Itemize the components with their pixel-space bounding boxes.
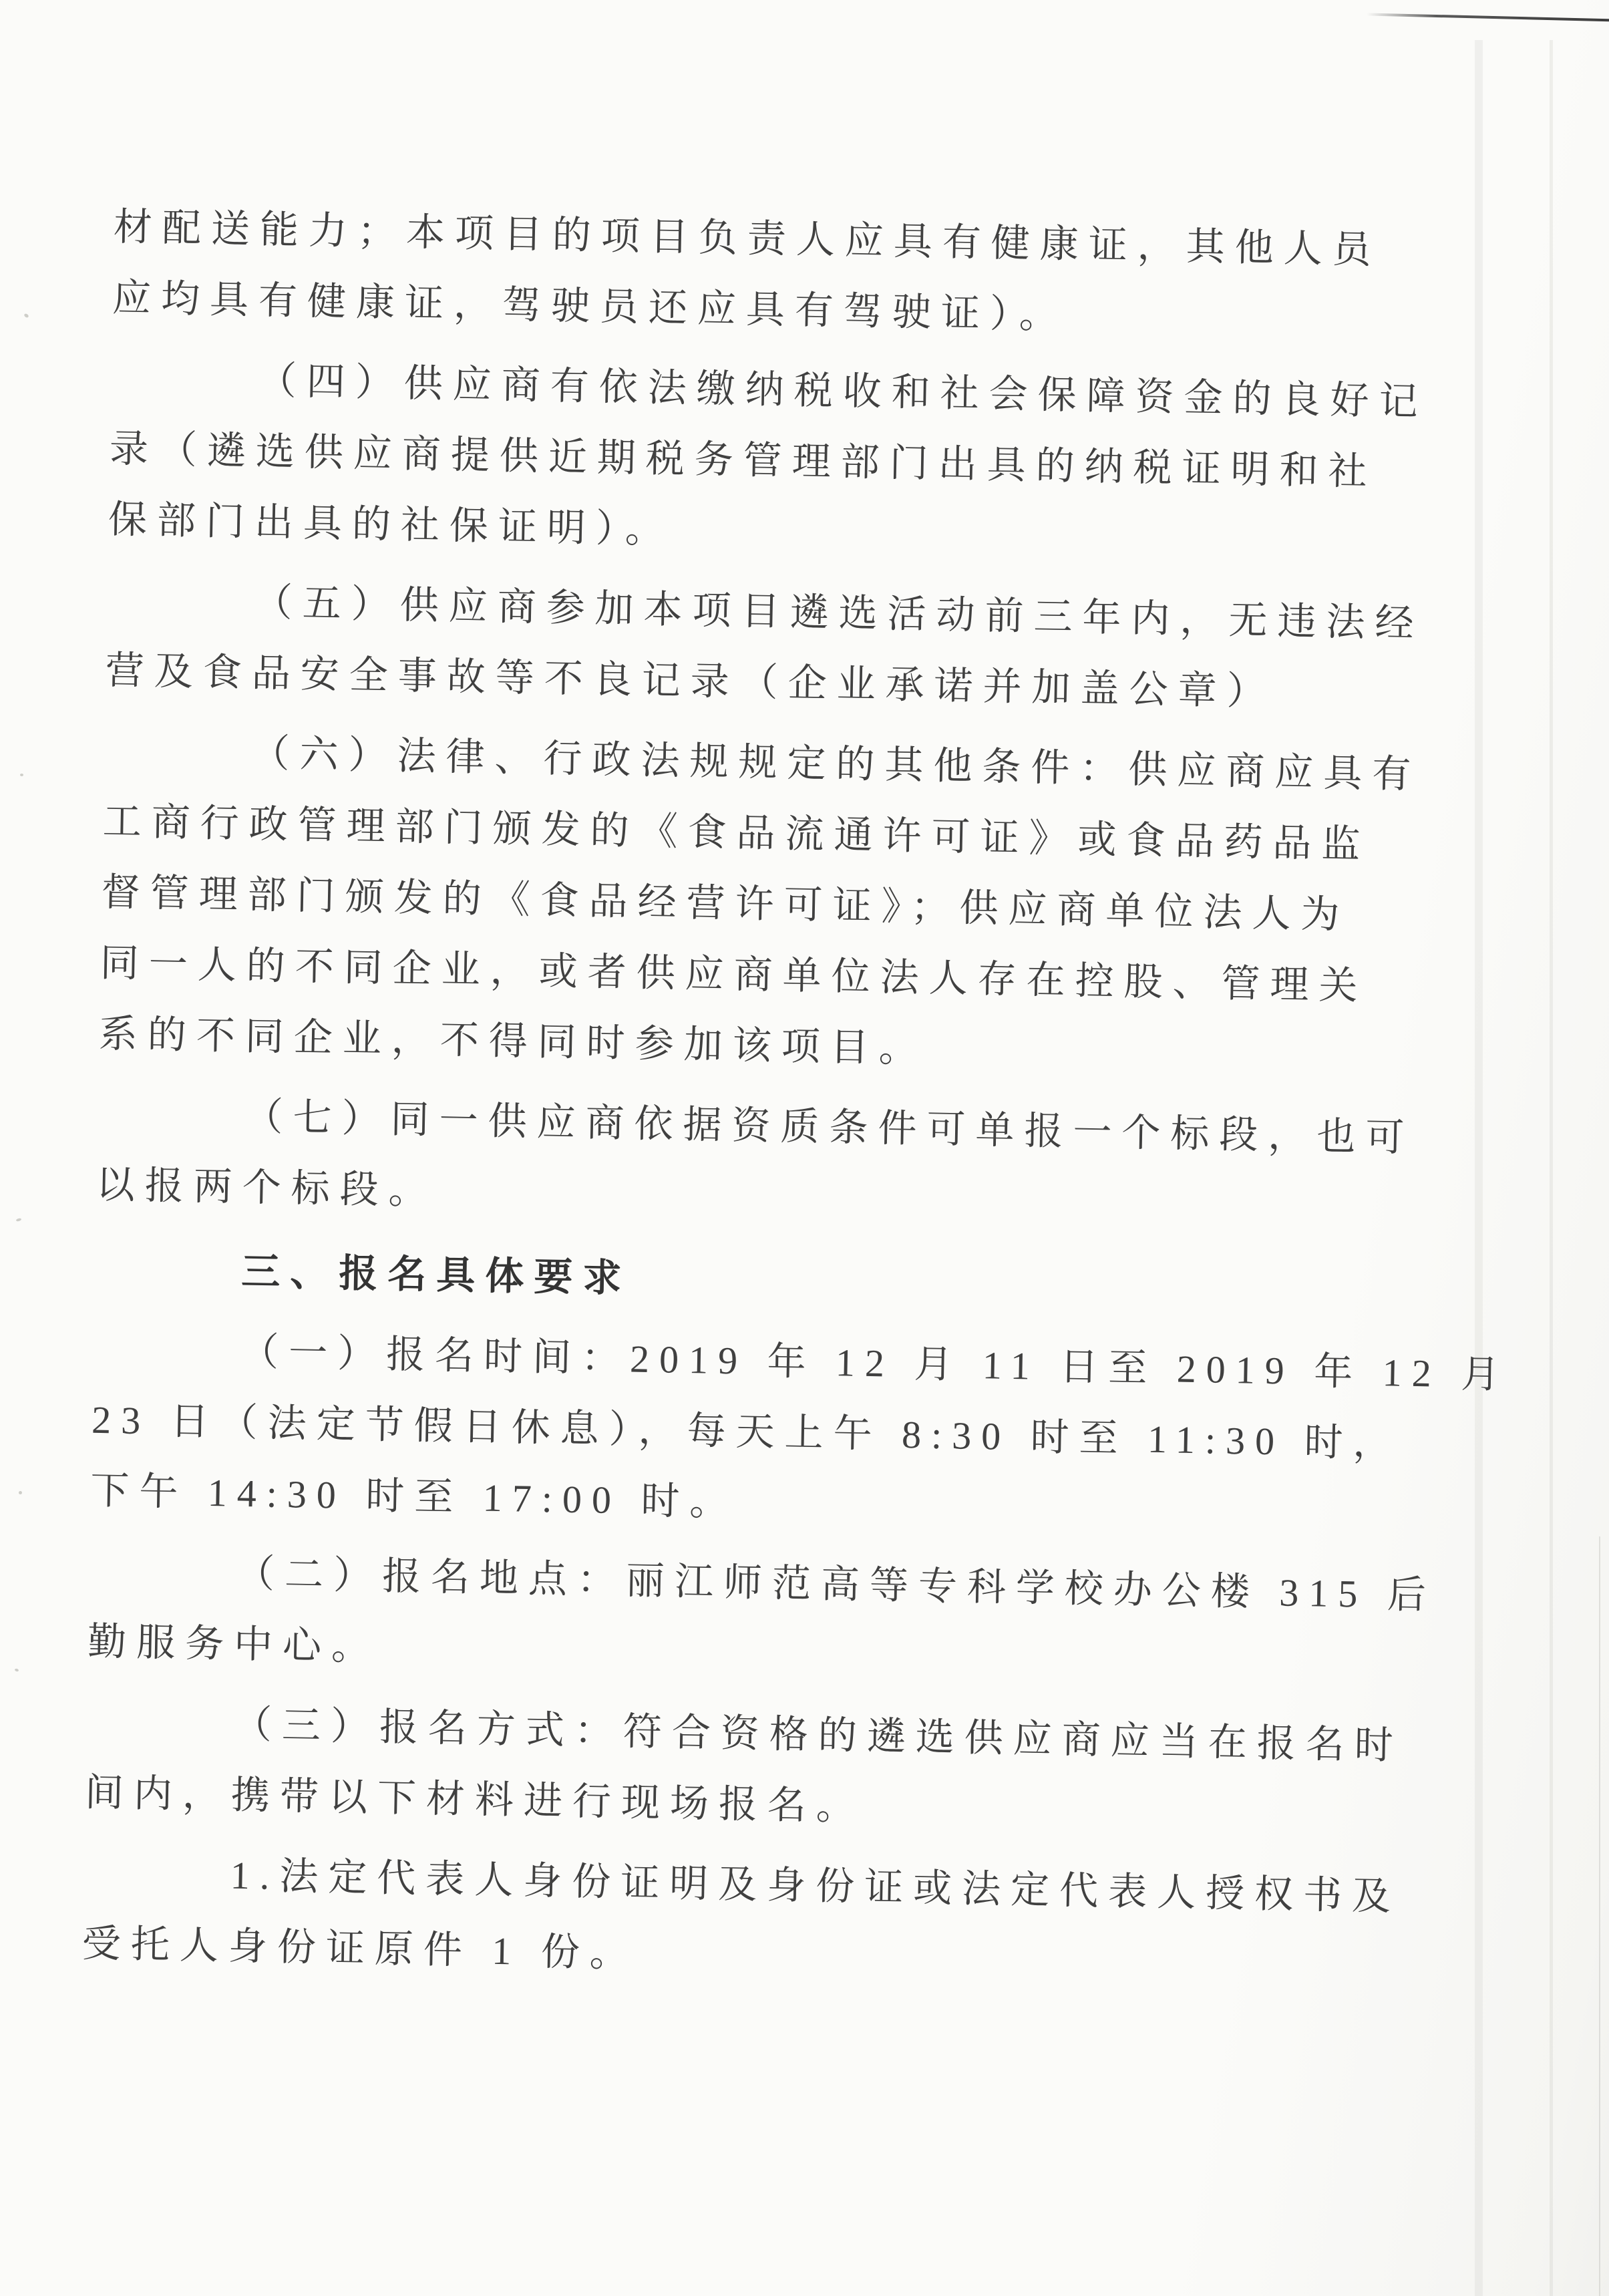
scanner-streak [1550,40,1553,2296]
paragraph: （四）供应商有依法缴纳税收和社会保障资金的良好记录（遴选供应商提供近期税务管理部… [108,343,1513,581]
paragraph: （六）法律、行政法规规定的其他条件：供应商应具有工商行政管理部门颁发的《食品流通… [98,715,1507,1095]
paragraph: （二）报名地点：丽江师范高等专科学校办公楼 315 后勤服务中心。 [87,1536,1492,1703]
section-heading: 三、报名具体要求 [94,1234,1497,1330]
scanner-speck [20,774,23,776]
scanned-page: 材配送能力；本项目的项目负责人应具有健康证，其他人员应均具有健康证，驾驶员还应具… [0,0,1609,2296]
scanner-artifact-line [1367,13,1609,21]
paragraph: （五）供应商参加本项目遴选活动前三年内，无违法经营及食品安全事故等不良记录（企业… [105,564,1510,731]
document-body: 材配送能力；本项目的项目负责人应具有健康证，其他人员应均具有健康证，驾驶员还应具… [81,192,1517,2005]
paragraph: （七）同一供应商依据资质条件可单报一个标段，也可以报两个标段。 [96,1079,1501,1246]
scanner-speck [14,1668,19,1672]
scanner-speck [23,313,29,318]
paragraph: （一）报名时间：2019 年 12 月 11 日至 2019 年 12 月23 … [90,1314,1495,1552]
paragraph: （三）报名方式：符合资格的遴选供应商应当在报名时间内，携带以下材料进行现场报名。 [84,1687,1489,1854]
paragraph: 1.法定代表人身份证明及身份证或法定代表人授权书及受托人身份证原件 1 份。 [81,1838,1487,2005]
scanner-speck [16,1218,22,1222]
paragraph: 材配送能力；本项目的项目负责人应具有健康证，其他人员应均具有健康证，驾驶员还应具… [112,192,1517,359]
scanner-streak [1599,1536,1600,2296]
document-line: 三、报名具体要求 [94,1234,1497,1330]
scanner-speck [19,1491,22,1494]
